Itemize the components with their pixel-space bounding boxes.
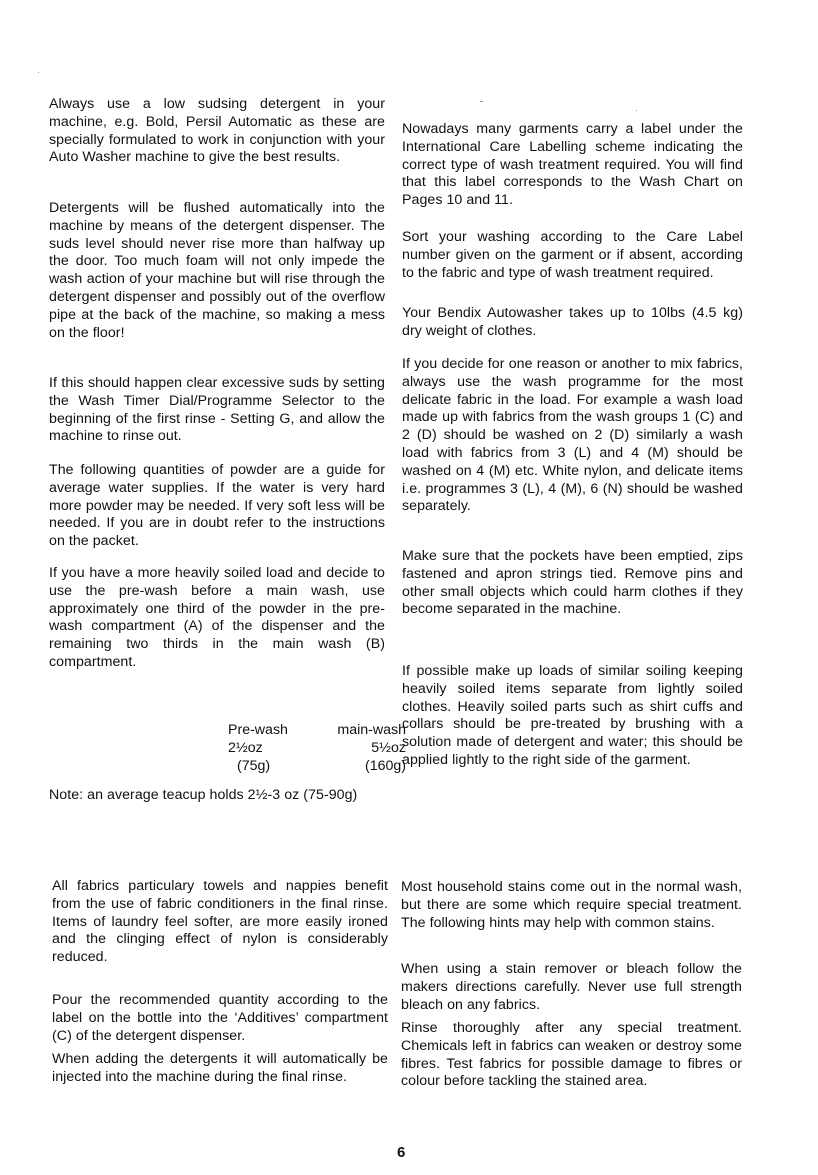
mainwash-header: main-wash [318, 722, 406, 740]
paragraph: If you decide for one reason or another … [402, 356, 743, 516]
sorting-section-cont: Sort your washing according to the Care … [402, 229, 743, 282]
fabric-conditioners-section-cont: Pour the recommended quantity according … [52, 992, 388, 1045]
paragraph: Pour the recommended quantity according … [52, 992, 388, 1045]
sorting-section-cont: If you decide for one reason or another … [402, 356, 743, 516]
detergents-section-cont: If this should happen clear excessive su… [49, 375, 385, 446]
detergents-section-cont: If you have a more heavily soiled load a… [49, 565, 385, 672]
paragraph: Always use a low sudsing detergent in yo… [49, 96, 385, 167]
scan-speck [480, 101, 483, 102]
page-number: 6 [397, 1144, 405, 1161]
prewash-grams: (75g) [228, 758, 318, 776]
quantities-ounces-row: 2½oz 5½oz [228, 740, 406, 758]
paragraph: When adding the detergents it will autom… [52, 1051, 388, 1087]
paragraph: Detergents will be flushed automatically… [49, 200, 385, 342]
paragraph: If this should happen clear excessive su… [49, 375, 385, 446]
paragraph: Nowadays many garments carry a label und… [402, 121, 743, 210]
sorting-section-cont: Make sure that the pockets have been emp… [402, 548, 743, 619]
prewash-header: Pre-wash [228, 722, 318, 740]
fabric-conditioners-section: All fabrics particulary towels and nappi… [52, 878, 388, 967]
paragraph: Most household stains come out in the no… [401, 879, 742, 932]
scan-speck [38, 72, 39, 73]
teacup-note: Note: an average teacup holds 2½-3 oz (7… [49, 787, 385, 805]
mainwash-grams: (160g) [318, 758, 406, 776]
detergents-section-cont: The following quantities of powder are a… [49, 462, 385, 551]
powder-quantities-table: Pre-wash main-wash 2½oz 5½oz (75g) (160g… [228, 722, 406, 775]
quantities-header-row: Pre-wash main-wash [228, 722, 406, 740]
paragraph: The following quantities of powder are a… [49, 462, 385, 551]
detergents-section: Always use a low sudsing detergent in yo… [49, 96, 385, 167]
mainwash-ounces: 5½oz [318, 740, 406, 758]
detergents-section-cont: Detergents will be flushed automatically… [49, 200, 385, 342]
note-text: Note: an average teacup holds 2½-3 oz (7… [49, 787, 385, 805]
stains-section-cont: Rinse thoroughly after any special treat… [401, 1020, 742, 1091]
scan-speck [636, 110, 637, 111]
sorting-section-cont: Your Bendix Autowasher takes up to 10lbs… [402, 305, 743, 341]
paragraph: Rinse thoroughly after any special treat… [401, 1020, 742, 1091]
sorting-section-cont: If possible make up loads of similar soi… [402, 663, 743, 770]
stains-section-cont: When using a stain remover or bleach fol… [401, 961, 742, 1014]
sorting-section: Nowadays many garments carry a label und… [402, 121, 743, 210]
paragraph: If possible make up loads of similar soi… [402, 663, 743, 770]
prewash-ounces: 2½oz [228, 740, 318, 758]
stains-section: Most household stains come out in the no… [401, 879, 742, 932]
manual-page: Always use a low sudsing detergent in yo… [0, 0, 818, 1175]
paragraph: If you have a more heavily soiled load a… [49, 565, 385, 672]
paragraph: All fabrics particulary towels and nappi… [52, 878, 388, 967]
paragraph: When using a stain remover or bleach fol… [401, 961, 742, 1014]
paragraph: Sort your washing according to the Care … [402, 229, 743, 282]
quantities-grams-row: (75g) (160g) [228, 758, 406, 776]
fabric-conditioners-section-cont: When adding the detergents it will autom… [52, 1051, 388, 1087]
paragraph: Make sure that the pockets have been emp… [402, 548, 743, 619]
paragraph: Your Bendix Autowasher takes up to 10lbs… [402, 305, 743, 341]
